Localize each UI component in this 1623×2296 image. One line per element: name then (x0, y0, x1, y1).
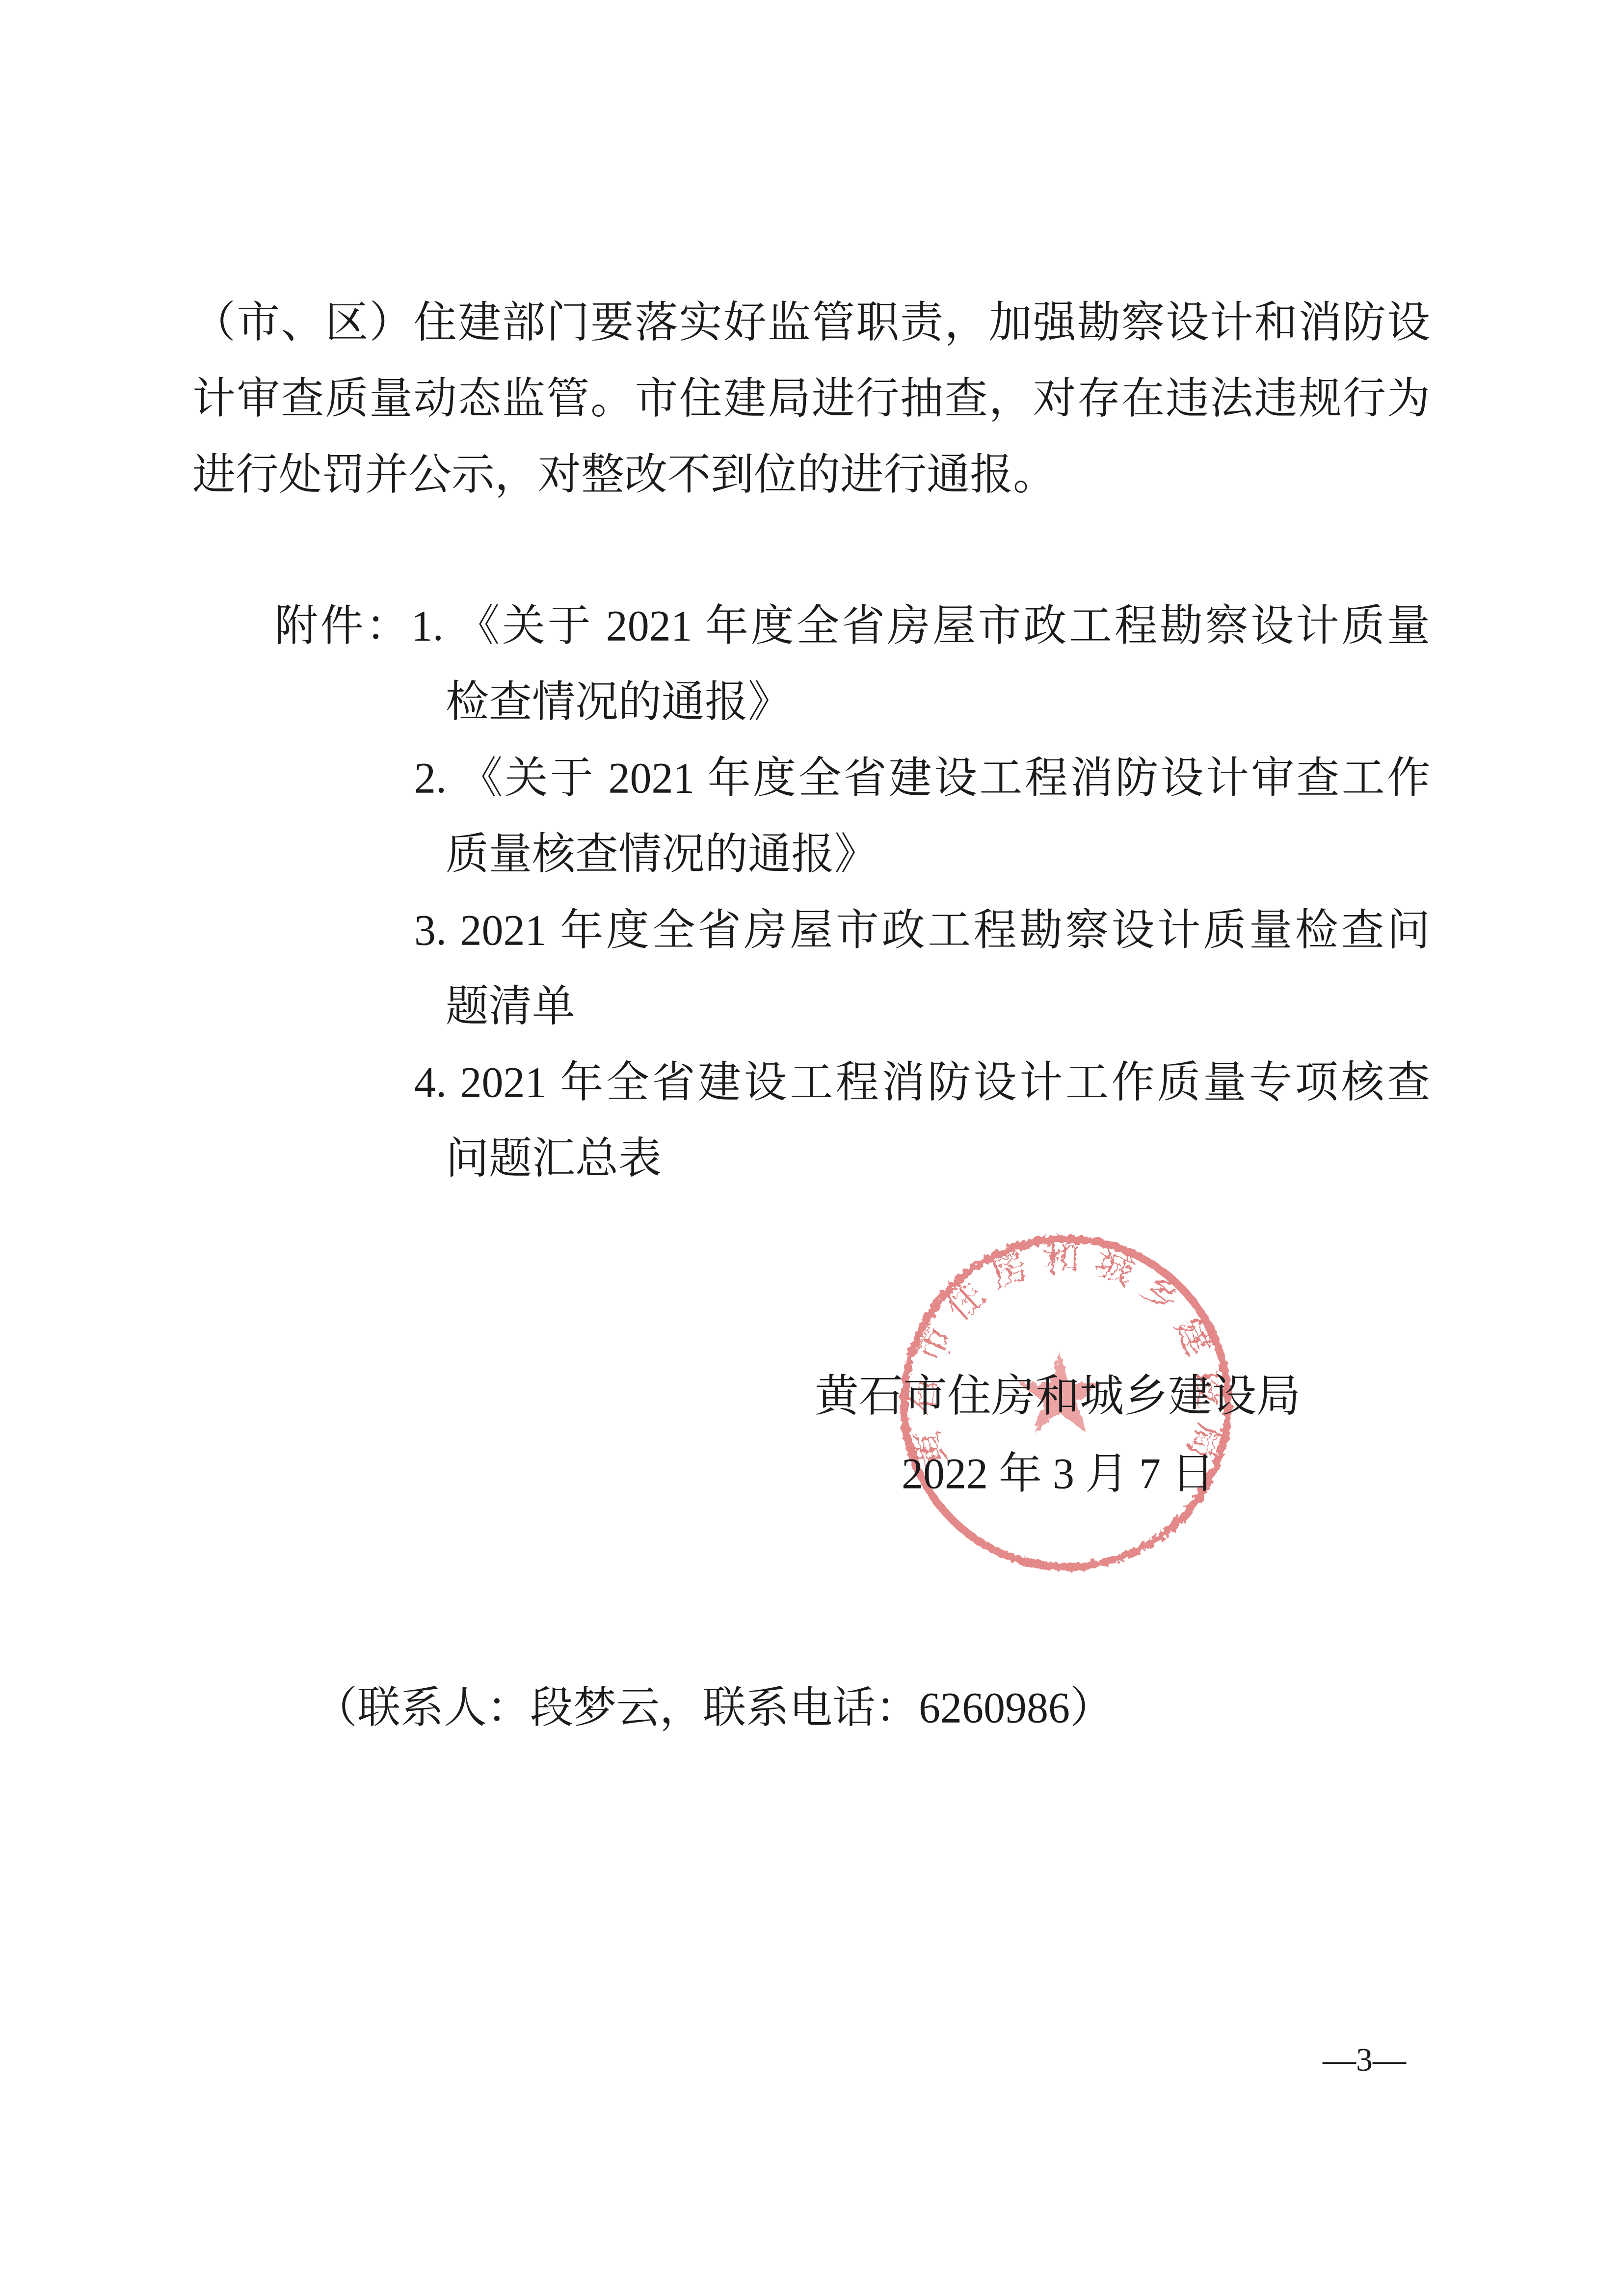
attachments-block: 附件：1. 《关于 2021 年度全省房屋市政工程勘察设计质量 检查情况的通报》… (192, 588, 1430, 1197)
paragraph-line: 计审查质量动态监管。市住建局进行抽查，对存在违法违规行为 (192, 361, 1430, 437)
attachment-line: 附件：1. 《关于 2021 年度全省房屋市政工程勘察设计质量 (192, 588, 1430, 664)
attachment-line: 3. 2021 年度全省房屋市政工程勘察设计质量检查问 (192, 892, 1430, 969)
attachment-line: 问题汇总表 (192, 1121, 1430, 1197)
body-paragraph: （市、区）住建部门要落实好监管职责，加强勘察设计和消防设 计审查质量动态监管。市… (192, 285, 1430, 513)
attachment-line: 2. 《关于 2021 年度全省建设工程消防设计审查工作 (192, 740, 1430, 816)
signature-organization: 黄石市住房和城乡建设局 (815, 1370, 1302, 1424)
document-page: 黄石市住房和城乡建设局 （市、区）住建部门要落实好监管职责，加强勘察设计和消防设… (0, 0, 1623, 2296)
signature-date: 2022 年 3 月 7 日 (815, 1447, 1302, 1501)
paragraph-line: 进行处罚并公示，对整改不到位的进行通报。 (192, 437, 1430, 513)
attachment-line: 题清单 (192, 969, 1430, 1045)
attachment-line: 4. 2021 年全省建设工程消防设计工作质量专项核查 (192, 1045, 1430, 1121)
seal-arc-text-container: 黄石市住房和城乡建设局 (900, 1238, 1232, 1476)
page-number: —3— (1296, 2037, 1433, 2081)
seal-arc-text: 黄石市住房和城乡建设局 (900, 1238, 1232, 1476)
contact-line: （联系人：段梦云，联系电话：6260986） (314, 1679, 1113, 1738)
paragraph-line: （市、区）住建部门要落实好监管职责，加强勘察设计和消防设 (192, 285, 1430, 361)
attachment-line: 质量核查情况的通报》 (192, 816, 1430, 892)
attachment-line: 检查情况的通报》 (192, 664, 1430, 740)
